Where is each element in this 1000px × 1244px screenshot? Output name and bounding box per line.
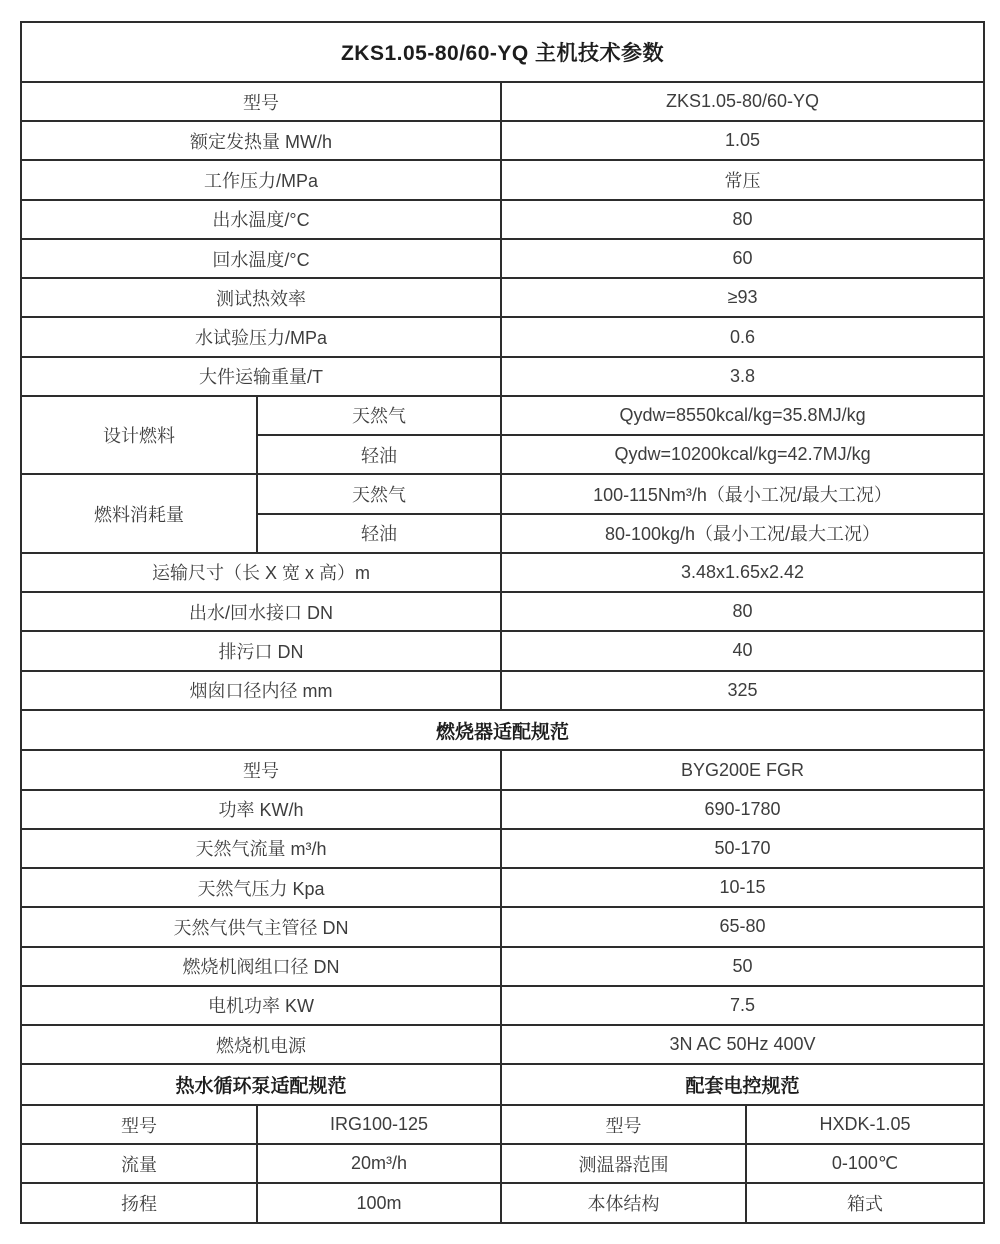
row-value: 箱式 — [746, 1183, 984, 1223]
group-label: 燃料消耗量 — [21, 474, 257, 552]
table-row: 天然气压力 Kpa 10-15 — [21, 868, 984, 907]
row-label: 运输尺寸（长 X 宽 x 高）m — [21, 553, 501, 592]
row-value: 7.5 — [501, 986, 984, 1025]
table-row: 出水温度/°C 80 — [21, 200, 984, 239]
row-label: 天然气压力 Kpa — [21, 868, 501, 907]
row-label: 测温器范围 — [501, 1144, 746, 1183]
table-row: 型号 IRG100-125 型号 HXDK-1.05 — [21, 1105, 984, 1144]
page-title: ZKS1.05-80/60-YQ 主机技术参数 — [21, 22, 984, 82]
row-value: 60 — [501, 239, 984, 278]
group-label: 设计燃料 — [21, 396, 257, 474]
row-label: 工作压力/MPa — [21, 160, 501, 199]
table-row: 烟囱口径内径 mm 325 — [21, 671, 984, 710]
row-label: 型号 — [21, 82, 501, 121]
row-value: Qydw=10200kcal/kg=42.7MJ/kg — [501, 435, 984, 474]
row-value: 常压 — [501, 160, 984, 199]
table-row: 型号 BYG200E FGR — [21, 750, 984, 789]
table-row: 设计燃料 天然气 Qydw=8550kcal/kg=35.8MJ/kg — [21, 396, 984, 435]
row-value: ZKS1.05-80/60-YQ — [501, 82, 984, 121]
row-value: HXDK-1.05 — [746, 1105, 984, 1144]
row-label: 功率 KW/h — [21, 790, 501, 829]
row-value: 80 — [501, 592, 984, 631]
row-value: Qydw=8550kcal/kg=35.8MJ/kg — [501, 396, 984, 435]
table-row: 扬程 100m 本体结构 箱式 — [21, 1183, 984, 1223]
row-value: 40 — [501, 631, 984, 670]
burner-section-title: 燃烧器适配规范 — [21, 710, 984, 751]
table-row: 出水/回水接口 DN 80 — [21, 592, 984, 631]
row-label: 大件运输重量/T — [21, 357, 501, 396]
table-row: 测试热效率 ≥93 — [21, 278, 984, 317]
row-value: 325 — [501, 671, 984, 710]
section-header-row: 热水循环泵适配规范 配套电控规范 — [21, 1064, 984, 1105]
row-label: 天然气流量 m³/h — [21, 829, 501, 868]
row-label: 烟囱口径内径 mm — [21, 671, 501, 710]
row-label: 燃烧机阀组口径 DN — [21, 947, 501, 986]
row-label: 流量 — [21, 1144, 257, 1183]
table-row: 流量 20m³/h 测温器范围 0-100℃ — [21, 1144, 984, 1183]
table-row: 排污口 DN 40 — [21, 631, 984, 670]
row-value: 80-100kg/h（最小工况/最大工况） — [501, 514, 984, 553]
table-row: 水试验压力/MPa 0.6 — [21, 317, 984, 356]
spec-table: ZKS1.05-80/60-YQ 主机技术参数 型号 ZKS1.05-80/60… — [20, 21, 985, 1224]
table-row: 运输尺寸（长 X 宽 x 高）m 3.48x1.65x2.42 — [21, 553, 984, 592]
row-label: 电机功率 KW — [21, 986, 501, 1025]
fuel-type-label: 轻油 — [257, 435, 501, 474]
table-row: 额定发热量 MW/h 1.05 — [21, 121, 984, 160]
row-label: 排污口 DN — [21, 631, 501, 670]
row-label: 回水温度/°C — [21, 239, 501, 278]
row-value: 0-100℃ — [746, 1144, 984, 1183]
row-value: 50 — [501, 947, 984, 986]
row-value: 50-170 — [501, 829, 984, 868]
row-value: 690-1780 — [501, 790, 984, 829]
row-label: 出水/回水接口 DN — [21, 592, 501, 631]
fuel-type-label: 天然气 — [257, 396, 501, 435]
row-label: 燃烧机电源 — [21, 1025, 501, 1064]
row-value: 0.6 — [501, 317, 984, 356]
row-value: 1.05 — [501, 121, 984, 160]
row-value: 65-80 — [501, 907, 984, 946]
table-row: 燃料消耗量 天然气 100-115Nm³/h（最小工况/最大工况） — [21, 474, 984, 513]
row-value: IRG100-125 — [257, 1105, 501, 1144]
section-header-row: 燃烧器适配规范 — [21, 710, 984, 751]
table-row: 电机功率 KW 7.5 — [21, 986, 984, 1025]
table-row: 燃烧机电源 3N AC 50Hz 400V — [21, 1025, 984, 1064]
row-value: 3N AC 50Hz 400V — [501, 1025, 984, 1064]
control-section-title: 配套电控规范 — [501, 1064, 984, 1105]
table-row: 工作压力/MPa 常压 — [21, 160, 984, 199]
row-value: 3.8 — [501, 357, 984, 396]
row-value: 80 — [501, 200, 984, 239]
title-row: ZKS1.05-80/60-YQ 主机技术参数 — [21, 22, 984, 82]
row-label: 水试验压力/MPa — [21, 317, 501, 356]
table-row: 天然气供气主管径 DN 65-80 — [21, 907, 984, 946]
row-label: 型号 — [21, 1105, 257, 1144]
table-row: 回水温度/°C 60 — [21, 239, 984, 278]
row-label: 额定发热量 MW/h — [21, 121, 501, 160]
row-value: 3.48x1.65x2.42 — [501, 553, 984, 592]
table-row: 燃烧机阀组口径 DN 50 — [21, 947, 984, 986]
row-label: 型号 — [501, 1105, 746, 1144]
row-value: 100m — [257, 1183, 501, 1223]
fuel-type-label: 轻油 — [257, 514, 501, 553]
row-label: 本体结构 — [501, 1183, 746, 1223]
row-value: 20m³/h — [257, 1144, 501, 1183]
table-row: 大件运输重量/T 3.8 — [21, 357, 984, 396]
row-label: 出水温度/°C — [21, 200, 501, 239]
row-label: 扬程 — [21, 1183, 257, 1223]
pump-section-title: 热水循环泵适配规范 — [21, 1064, 501, 1105]
row-value: 100-115Nm³/h（最小工况/最大工况） — [501, 474, 984, 513]
fuel-type-label: 天然气 — [257, 474, 501, 513]
table-row: 天然气流量 m³/h 50-170 — [21, 829, 984, 868]
row-value: 10-15 — [501, 868, 984, 907]
row-label: 型号 — [21, 750, 501, 789]
row-value: BYG200E FGR — [501, 750, 984, 789]
row-label: 测试热效率 — [21, 278, 501, 317]
row-label: 天然气供气主管径 DN — [21, 907, 501, 946]
table-row: 型号 ZKS1.05-80/60-YQ — [21, 82, 984, 121]
row-value: ≥93 — [501, 278, 984, 317]
table-row: 功率 KW/h 690-1780 — [21, 790, 984, 829]
